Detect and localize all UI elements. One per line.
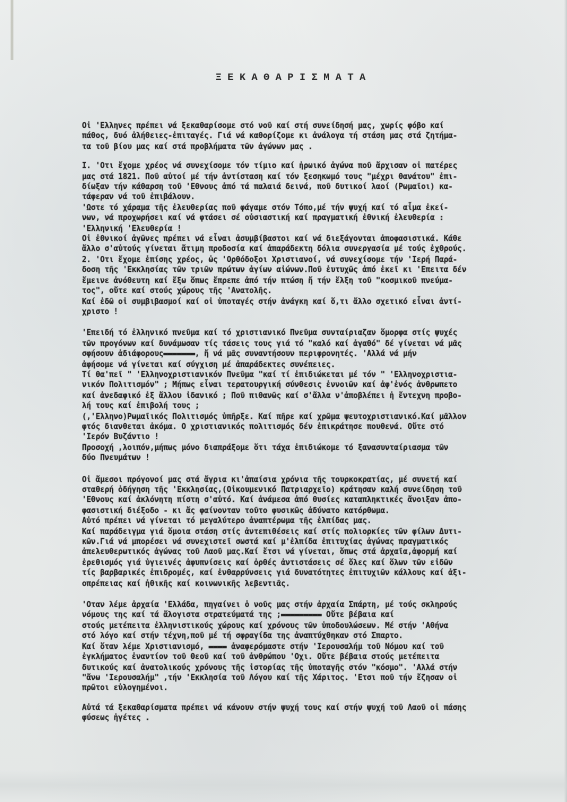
paper-edge-shadow [10, 0, 14, 60]
paragraph-ancient-greece: 'Οταν λέμε ἀρχαία 'Ελλάδα, πηγαίνει ὁ νο… [82, 600, 557, 694]
paragraph-closing: Αὐτά τά ξεκαθαρίσματα πρέπει νά κάνουν σ… [82, 703, 557, 724]
scanned-document-page: ΞΕΚΑΘΑΡΙΣΜΑΤΑ Οἱ 'Ελληνες πρέπει νά ξεκα… [0, 0, 567, 802]
paragraph-point-2: 2. 'Οτι ἔχομε ἐπίσης χρέος, ὡς 'Ορθόδοξο… [82, 255, 557, 317]
paper-fold [0, 770, 567, 800]
paragraph-point-1: I. 'Οτι ἔχομε χρέος νά συνεχίσομε τόν τί… [82, 161, 557, 255]
paragraph-spirit: 'Επειδή τό ἑλληνικό πνεῦμα καί τό χριστι… [82, 328, 557, 463]
document-title: ΞΕΚΑΘΑΡΙΣΜΑΤΑ [0, 73, 567, 84]
document-body: Οἱ 'Ελληνες πρέπει νά ξεκαθαρίσομε στό ν… [82, 121, 557, 724]
paragraph-intro: Οἱ 'Ελληνες πρέπει νά ξεκαθαρίσομε στό ν… [82, 121, 557, 152]
paragraph-ancestors: Οἱ ἄμεσοι πρόγονοί μας στά ἄγρια κι'ἀπαί… [82, 475, 557, 589]
